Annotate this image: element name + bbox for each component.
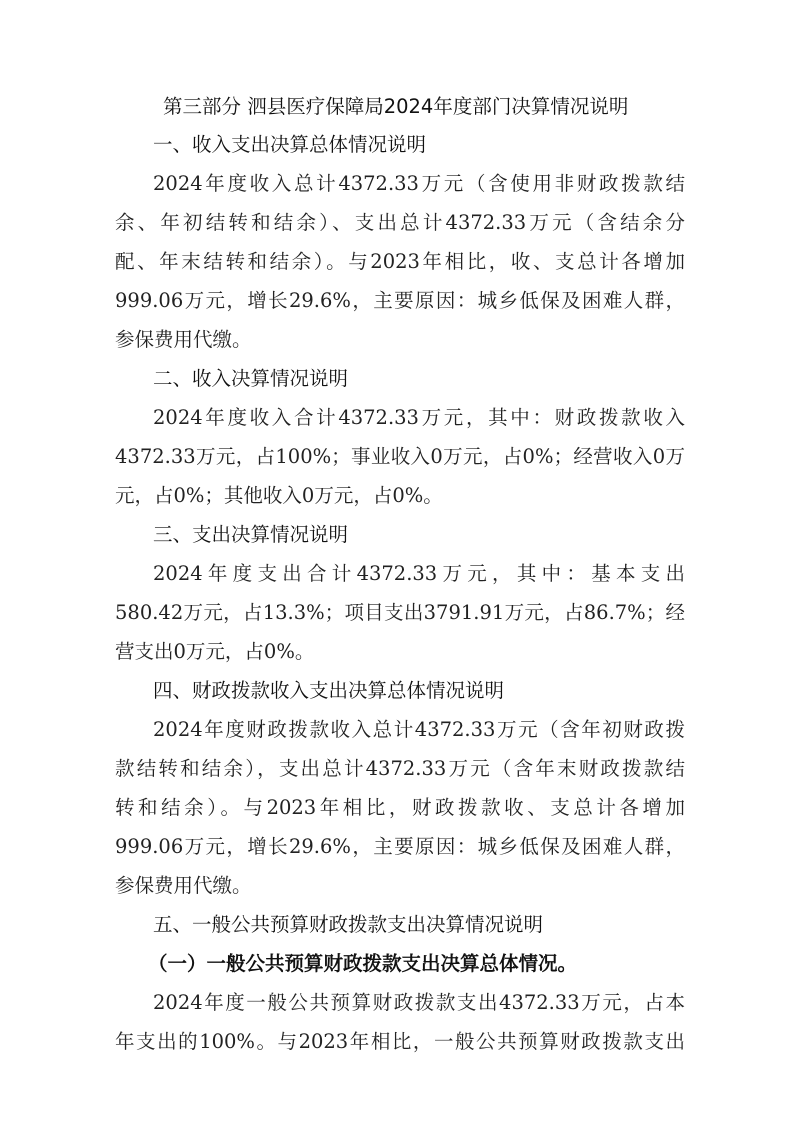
paragraph-line: 4372.33万元，占100%；事业收入0万元，占0%；经营收入0万 (115, 445, 685, 469)
paragraph-line: 营支出0万元，占0%。 (115, 640, 685, 664)
section-heading-1: 一、收入支出决算总体情况说明 (153, 133, 426, 157)
paragraph-line: 余、年初结转和结余）、支出总计4372.33万元（含结余分 (115, 211, 685, 235)
paragraph-line: 2024年度一般公共预算财政拨款支出4372.33万元，占本 (153, 991, 685, 1015)
paragraph-line: 2024年度支出合计4372.33万元，其中：基本支出 (153, 562, 685, 586)
section-heading-4: 四、财政拨款收入支出决算总体情况说明 (153, 679, 504, 703)
paragraph-line: 999.06万元，增长29.6%，主要原因：城乡低保及困难人群， (115, 289, 685, 313)
paragraph-line: 参保费用代缴。 (115, 874, 685, 898)
section-heading-3: 三、支出决算情况说明 (153, 523, 348, 547)
paragraph-line: 参保费用代缴。 (115, 328, 685, 352)
paragraph-line: 年支出的100%。与2023年相比，一般公共预算财政拨款支出 (115, 1030, 685, 1054)
paragraph-line: 999.06万元，增长29.6%，主要原因：城乡低保及困难人群， (115, 835, 685, 859)
paragraph-line: 元，占0%；其他收入0万元，占0%。 (115, 484, 685, 508)
paragraph-line: 2024年度收入总计4372.33万元（含使用非财政拨款结 (153, 172, 685, 196)
paragraph-line: 转和结余）。与2023年相比，财政拨款收、支总计各增加 (115, 796, 685, 820)
paragraph-line: 2024年度收入合计4372.33万元，其中：财政拨款收入 (153, 406, 685, 430)
document-page: 第三部分 泗县医疗保障局2024年度部门决算情况说明 一、收入支出决算总体情况说… (0, 0, 793, 1122)
page-title: 第三部分 泗县医疗保障局2024年度部门决算情况说明 (163, 95, 628, 119)
paragraph-line: 款结转和结余），支出总计4372.33万元（含年末财政拨款结 (115, 757, 685, 781)
paragraph-line: 2024年度财政拨款收入总计4372.33万元（含年初财政拨 (153, 718, 685, 742)
section-heading-2: 二、收入决算情况说明 (153, 367, 348, 391)
paragraph-line: 配、年末结转和结余）。与2023年相比，收、支总计各增加 (115, 250, 685, 274)
section-heading-5: 五、一般公共预算财政拨款支出决算情况说明 (153, 913, 543, 937)
paragraph-line: 580.42万元，占13.3%；项目支出3791.91万元，占86.7%；经 (115, 601, 685, 625)
subsection-heading: （一）一般公共预算财政拨款支出决算总体情况。 (148, 952, 577, 976)
